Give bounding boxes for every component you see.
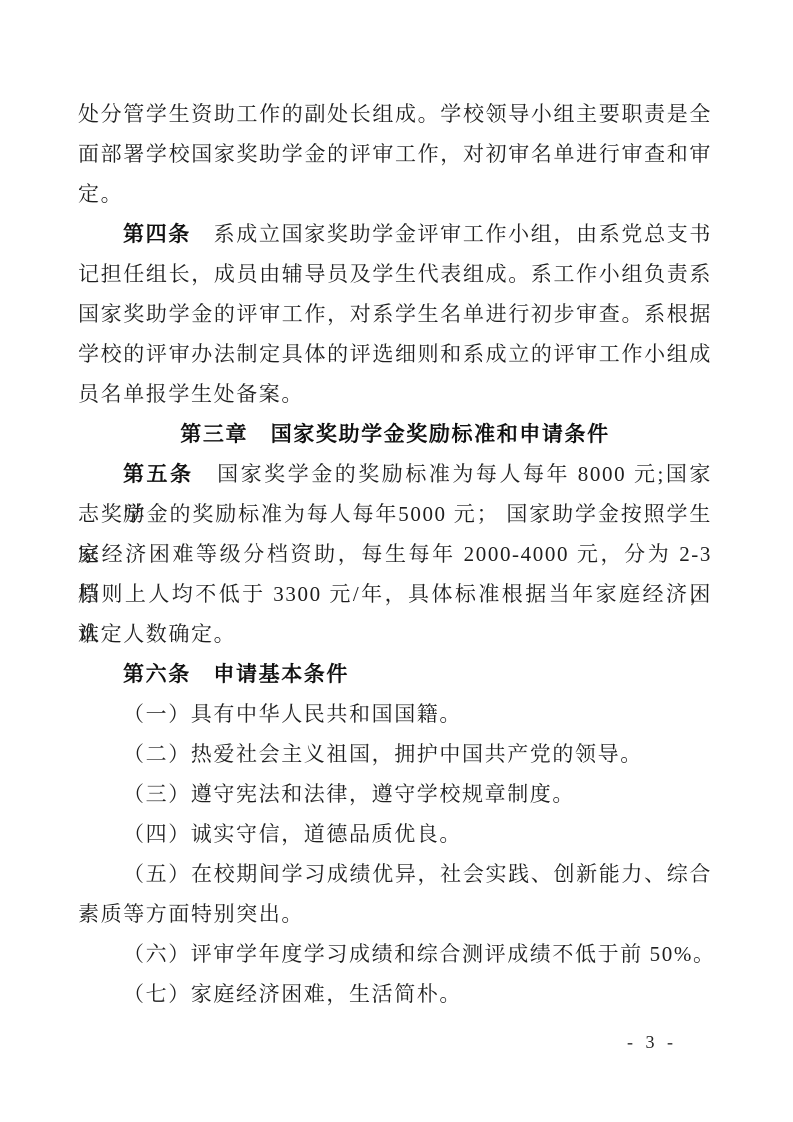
- line-text: （三）遵守宪法和法律，遵守学校规章制度。: [123, 782, 575, 806]
- article-number-label: 第四条: [123, 222, 191, 246]
- text-line: 第五条 国家奖学金的奖励标准为每人每年 8000 元;国家励: [78, 454, 712, 494]
- line-text: 认定人数确定。: [78, 622, 236, 646]
- document-page: 处分管学生资助工作的副处长组成。学校领导小组主要职责是全面部署学校国家奖助学金的…: [0, 0, 793, 1122]
- text-line: （三）遵守宪法和法律，遵守学校规章制度。: [78, 774, 712, 814]
- line-text: 第三章 国家奖助学金奖励标准和申请条件: [180, 422, 609, 446]
- line-text: （五）在校期间学习成绩优异，社会实践、创新能力、综合: [123, 862, 712, 886]
- line-text: 处分管学生资助工作的副处长组成。学校领导小组主要职责是全: [78, 102, 712, 126]
- line-text: 国家奖助学金的评审工作，对系学生名单进行初步审查。系根据: [78, 302, 712, 326]
- text-line: 第三章 国家奖助学金奖励标准和申请条件: [78, 414, 712, 454]
- text-line: 认定人数确定。: [78, 614, 712, 654]
- text-line: （一）具有中华人民共和国国籍。: [78, 694, 712, 734]
- article-number-label: 第五条: [123, 462, 194, 486]
- line-text: （七）家庭经济困难，生活简朴。: [123, 982, 462, 1006]
- text-line: （六）评审学年度学习成绩和综合测评成绩不低于前 50%。: [78, 934, 712, 974]
- text-line: 国家奖助学金的评审工作，对系学生名单进行初步审查。系根据: [78, 294, 712, 334]
- text-line: 第四条 系成立国家奖助学金评审工作小组，由系党总支书: [78, 214, 712, 254]
- text-line: 定。: [78, 174, 712, 214]
- text-line: （七）家庭经济困难，生活简朴。: [78, 974, 712, 1014]
- line-text: 面部署学校国家奖助学金的评审工作，对初审名单进行审查和审: [78, 142, 712, 166]
- text-line: 面部署学校国家奖助学金的评审工作，对初审名单进行审查和审: [78, 134, 712, 174]
- line-text: （二）热爱社会主义祖国，拥护中国共产党的领导。: [123, 742, 643, 766]
- page-number: - 3 -: [627, 1030, 677, 1054]
- line-text: 员名单报学生处备案。: [78, 382, 304, 406]
- line-text: （一）具有中华人民共和国国籍。: [123, 702, 462, 726]
- line-text: 系成立国家奖助学金评审工作小组，由系党总支书: [191, 222, 712, 246]
- text-line: 庭经济困难等级分档资助，每生每年 2000-4000 元，分为 2-3 档，: [78, 534, 712, 574]
- text-line: 原则上人均不低于 3300 元/年，具体标准根据当年家庭经济困难: [78, 574, 712, 614]
- text-line: 志奖学金的奖励标准为每人每年5000 元； 国家助学金按照学生家: [78, 494, 712, 534]
- text-line: （二）热爱社会主义祖国，拥护中国共产党的领导。: [78, 734, 712, 774]
- text-line: 素质等方面特别突出。: [78, 894, 712, 934]
- text-line: 处分管学生资助工作的副处长组成。学校领导小组主要职责是全: [78, 94, 712, 134]
- line-text: （六）评审学年度学习成绩和综合测评成绩不低于前 50%。: [123, 942, 716, 966]
- text-line: 学校的评审办法制定具体的评选细则和系成立的评审工作小组成: [78, 334, 712, 374]
- line-text: 定。: [78, 182, 123, 206]
- line-text: 第六条 申请基本条件: [123, 662, 349, 686]
- line-text: 素质等方面特别突出。: [78, 902, 304, 926]
- text-line: 第六条 申请基本条件: [78, 654, 712, 694]
- text-line: （四）诚实守信，道德品质优良。: [78, 814, 712, 854]
- document-body: 处分管学生资助工作的副处长组成。学校领导小组主要职责是全面部署学校国家奖助学金的…: [78, 94, 712, 1014]
- line-text: 学校的评审办法制定具体的评选细则和系成立的评审工作小组成: [78, 342, 712, 366]
- text-line: 记担任组长，成员由辅导员及学生代表组成。系工作小组负责系: [78, 254, 712, 294]
- line-text: 记担任组长，成员由辅导员及学生代表组成。系工作小组负责系: [78, 262, 712, 286]
- text-line: 员名单报学生处备案。: [78, 374, 712, 414]
- text-line: （五）在校期间学习成绩优异，社会实践、创新能力、综合: [78, 854, 712, 894]
- line-text: （四）诚实守信，道德品质优良。: [123, 822, 462, 846]
